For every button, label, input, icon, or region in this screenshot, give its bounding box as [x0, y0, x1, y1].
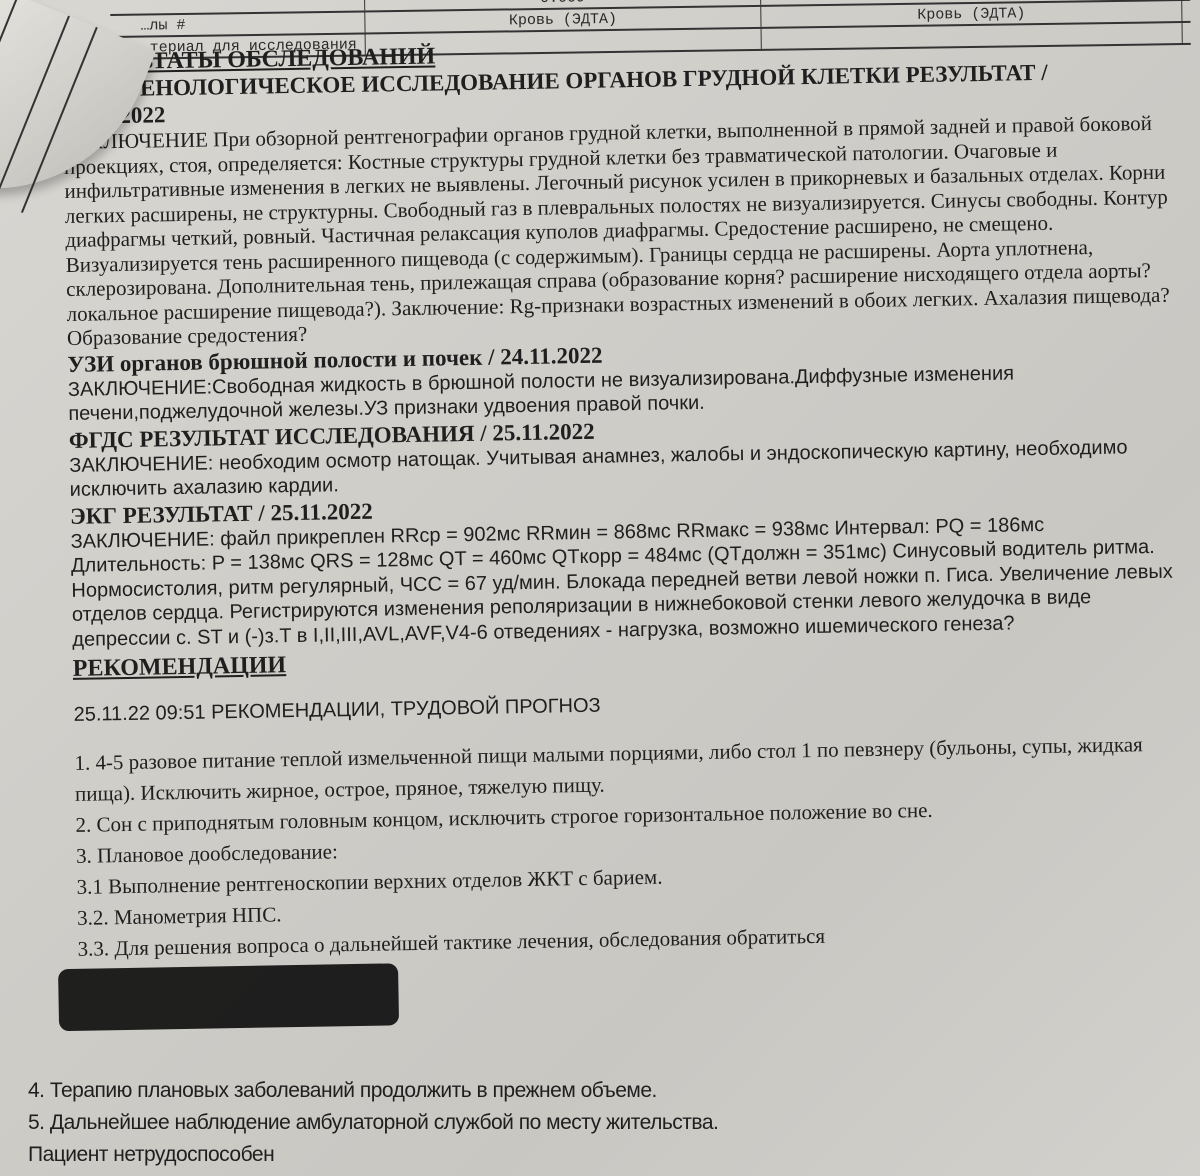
recommendations-subtitle: 25.11.22 09:51 РЕКОМЕНДАЦИИ, ТРУДОВОЙ ПР…	[73, 683, 1183, 728]
ecg-conclusion: ЗАКЛЮЧЕНИЕ: файл прикреплен RRср = 902мс…	[70, 510, 1182, 652]
list-item: 5. Дальнейшее наблюдение амбулаторной сл…	[28, 1107, 1028, 1139]
row-label: …лы #	[110, 12, 365, 36]
row-label	[110, 0, 365, 14]
document-footer: 4. Терапию плановых заболеваний продолжи…	[28, 1075, 1028, 1171]
xray-conclusion: ЗАКЛЮЧЕНИЕ При обзорной рентгенографии о…	[63, 111, 1177, 351]
list-item: 4. Терапию плановых заболеваний продолжи…	[28, 1075, 1028, 1107]
document-photo: 0.009 0.101 …лы # Кровь (ЭДТА) Кровь (ЭД…	[0, 0, 1200, 1176]
document-body: РЕЗУЛЬТАТЫ ОБСЛЕДОВАНИЙ РЕНТГЕНОЛОГИЧЕСК…	[62, 31, 1189, 1031]
cell-value: Кровь (ЭДТА)	[365, 7, 761, 33]
redacted-contact-block	[58, 963, 399, 1031]
work-status: Пациент нетрудоспособен	[28, 1139, 1028, 1171]
